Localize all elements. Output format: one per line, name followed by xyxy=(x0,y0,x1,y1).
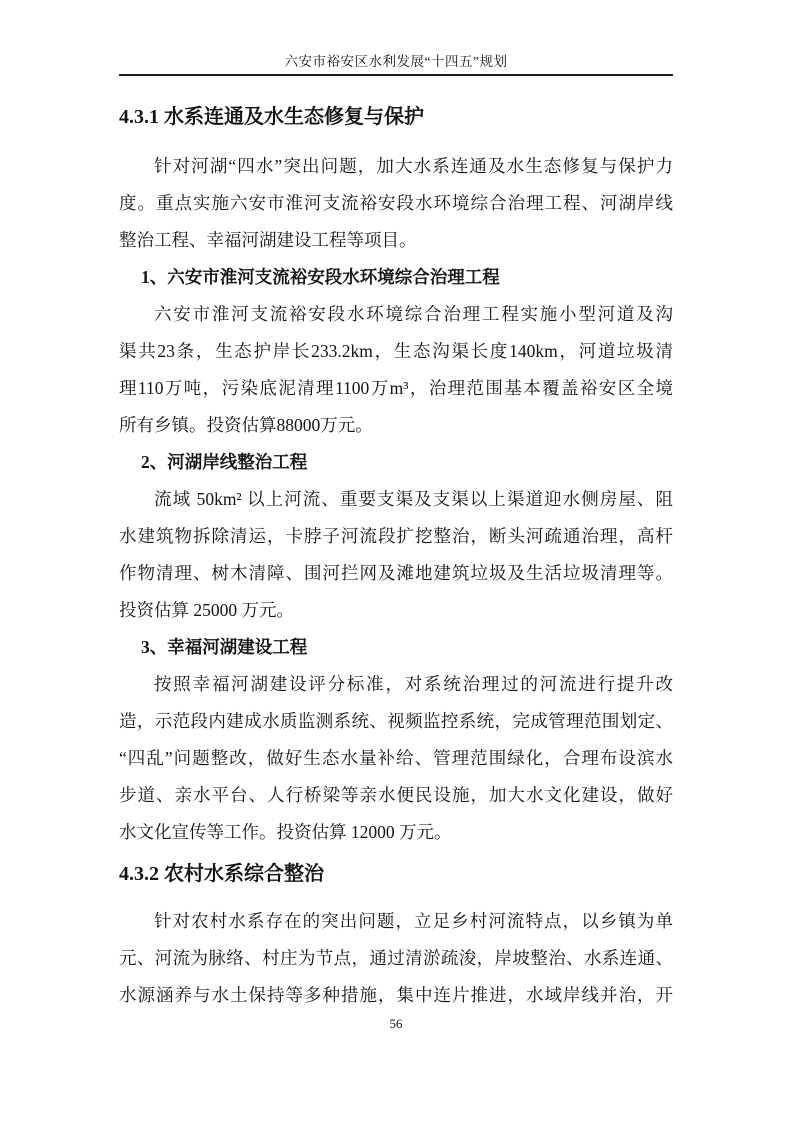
paragraph-line: 水源涵养与水土保持等多种措施，集中连片推进，水域岸线并治，开 xyxy=(119,977,673,1014)
paragraph-line: 度。重点实施六安市淮河支流裕安段水环境综合治理工程、河湖岸线 xyxy=(119,185,673,222)
section-heading-4-3-2: 4.3.2 农村水系综合整治 xyxy=(119,861,673,887)
document-page: 六安市裕安区水利发展“十四五”规划 4.3.1 水系连通及水生态修复与保护 针对… xyxy=(0,0,793,1122)
subheading-project-2: 2、河湖岸线整治工程 xyxy=(119,444,673,481)
paragraph-line: 理110万吨，污染底泥清理1100万m³，治理范围基本覆盖裕安区全境 xyxy=(119,370,673,407)
paragraph-line: 水建筑物拆除清运，卡脖子河流段扩挖整治，断头河疏通治理，高杆 xyxy=(119,518,673,555)
paragraph-line: 按照幸福河湖建设评分标准，对系统治理过的河流进行提升改 xyxy=(119,666,673,703)
intro-paragraph: 针对河湖“四水”突出问题，加大水系连通及水生态修复与保护力 度。重点实施六安市淮… xyxy=(119,148,673,259)
paragraph-line: 流域 50km² 以上河流、重要支渠及支渠以上渠道迎水侧房屋、阻 xyxy=(119,481,673,518)
header-title: 六安市裕安区水利发展“十四五”规划 xyxy=(285,54,508,69)
paragraph-line: 针对农村水系存在的突出问题，立足乡村河流特点，以乡镇为单 xyxy=(119,903,673,940)
paragraph-line: 步道、亲水平台、人行桥梁等亲水便民设施，加大水文化建设，做好 xyxy=(119,777,673,814)
page-footer: 56 xyxy=(119,1014,673,1034)
page-number: 56 xyxy=(390,1016,403,1031)
project-3-paragraph: 按照幸福河湖建设评分标准，对系统治理过的河流进行提升改 造，示范段内建成水质监测… xyxy=(119,666,673,851)
paragraph-line: 整治工程、幸福河湖建设工程等项目。 xyxy=(119,222,673,259)
document-body: 4.3.1 水系连通及水生态修复与保护 针对河湖“四水”突出问题，加大水系连通及… xyxy=(119,104,673,1034)
paragraph-line: 渠共23条，生态护岸长233.2km，生态沟渠长度140km，河道垃圾清 xyxy=(119,333,673,370)
page-header: 六安市裕安区水利发展“十四五”规划 xyxy=(119,52,673,76)
paragraph-line: 投资估算 25000 万元。 xyxy=(119,592,673,629)
paragraph-line: 所有乡镇。投资估算88000万元。 xyxy=(119,407,673,444)
rural-paragraph: 针对农村水系存在的突出问题，立足乡村河流特点，以乡镇为单 元、河流为脉络、村庄为… xyxy=(119,903,673,1014)
subheading-project-1: 1、六安市淮河支流裕安段水环境综合治理工程 xyxy=(119,259,673,296)
paragraph-line: 元、河流为脉络、村庄为节点，通过清淤疏浚，岸坡整治、水系连通、 xyxy=(119,940,673,977)
paragraph-line: 针对河湖“四水”突出问题，加大水系连通及水生态修复与保护力 xyxy=(119,148,673,185)
subheading-project-3: 3、幸福河湖建设工程 xyxy=(119,629,673,666)
project-1-paragraph: 六安市淮河支流裕安段水环境综合治理工程实施小型河道及沟 渠共23条，生态护岸长2… xyxy=(119,296,673,444)
paragraph-line: “四乱”问题整改，做好生态水量补给、管理范围绿化，合理布设滨水 xyxy=(119,740,673,777)
paragraph-line: 六安市淮河支流裕安段水环境综合治理工程实施小型河道及沟 xyxy=(119,296,673,333)
paragraph-line: 作物清理、树木清障、围河拦网及滩地建筑垃圾及生活垃圾清理等。 xyxy=(119,555,673,592)
project-2-paragraph: 流域 50km² 以上河流、重要支渠及支渠以上渠道迎水侧房屋、阻 水建筑物拆除清… xyxy=(119,481,673,629)
section-heading-4-3-1: 4.3.1 水系连通及水生态修复与保护 xyxy=(119,104,673,130)
paragraph-line: 造，示范段内建成水质监测系统、视频监控系统，完成管理范围划定、 xyxy=(119,703,673,740)
paragraph-line: 水文化宣传等工作。投资估算 12000 万元。 xyxy=(119,814,673,851)
